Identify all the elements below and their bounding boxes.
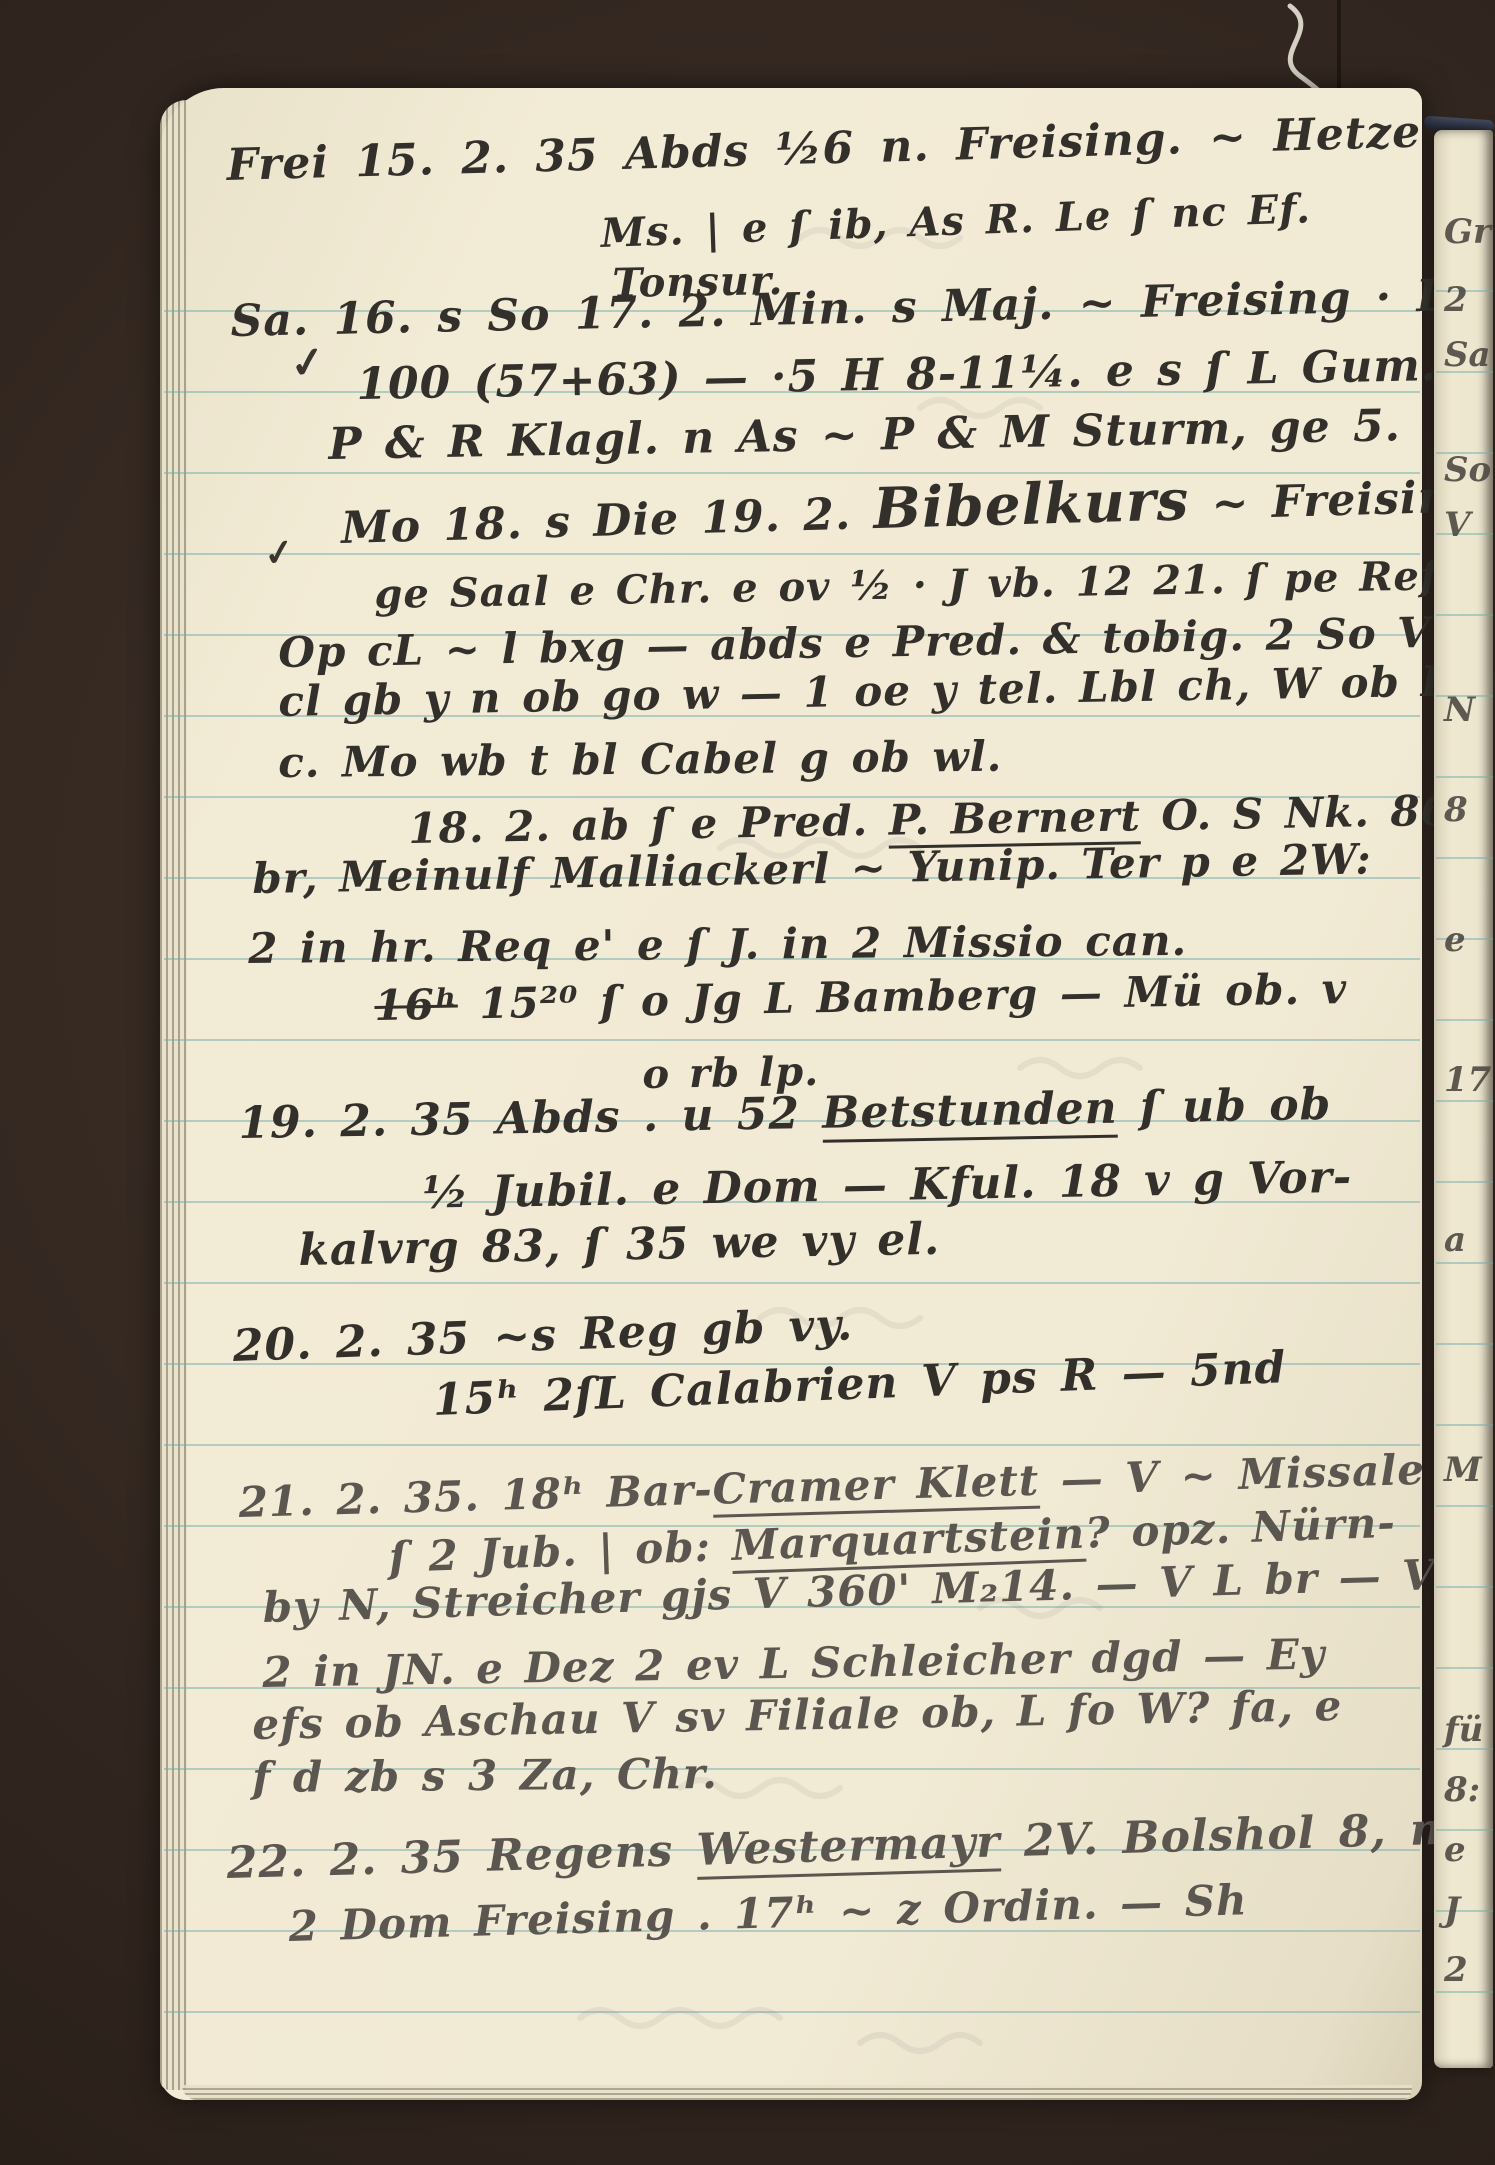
next-page-text-fragment: 8: xyxy=(1444,1770,1480,1810)
handwriting-segment: Bibelkurs xyxy=(872,467,1190,542)
handwriting-segment: 16ʰ xyxy=(374,980,458,1030)
next-page-text-fragment: a xyxy=(1444,1220,1466,1260)
handwriting-line: 19. 2. 35 Abds . u 52 Betstunden ſ ub ob xyxy=(238,1079,1332,1149)
handwriting-segment: Westermayr xyxy=(696,1816,1001,1879)
handwriting-segment: O. S Nk. 861 xyxy=(1140,785,1481,840)
handwriting-segment: Ms. | e ſ ib, As R. Le ſ nc Ef. xyxy=(600,185,1312,257)
handwriting-segment: kalvrg 83, ſ 35 we vy el. xyxy=(298,1214,941,1276)
margin-check-mark: ✓ xyxy=(261,530,297,576)
next-page-text-fragment: 2 xyxy=(1444,1950,1468,1990)
handwriting-line: 2 in hr. Req e' e ſ J. in 2 Missio can. xyxy=(248,916,1187,973)
handwriting-line: Ms. | e ſ ib, As R. Le ſ nc Ef. xyxy=(600,185,1312,257)
handwriting-line: c. Mo wb t bl Cabel g ob wl. xyxy=(278,732,1002,787)
handwriting-segment: 19. 2. 35 Abds . u 52 xyxy=(238,1088,823,1149)
margin-check-mark: ✓ xyxy=(287,336,329,389)
handwriting-segment: 100 (57+63) — ·5 H 8-11¼. e s ſ L Gum. xyxy=(356,340,1438,410)
handwriting-segment: 20. 2. 35 ~s Reg gb vy. xyxy=(232,1299,854,1372)
stacked-page-edges-bottom xyxy=(182,2085,1412,2100)
photo-of-notebook: { "document": { "kind_label": "handwritt… xyxy=(0,0,1495,2165)
handwriting-line: P & R Klagl. n As ~ P & M Sturm, ge 5. xyxy=(328,400,1401,470)
handwriting-segment: 2V. Bolshol 8, m xyxy=(1000,1804,1458,1868)
handwriting-segment: 2 Dom Freising . 17ʰ ~ z Ordin. — Sh xyxy=(288,1875,1248,1951)
handwriting-line: ge Saal e Chr. e ov ½ · J vb. 12 21. ſ p… xyxy=(374,552,1488,618)
handwriting-segment: Sa. 16. s So 17. 2. Min. s Maj. ~ Freisi… xyxy=(230,270,1475,347)
handwriting-line: 100 (57+63) — ·5 H 8-11¼. e s ſ L Gum. xyxy=(356,340,1438,410)
handwriting-line: Mo 18. s Die 19. 2. Bibelkurs ~ Freising… xyxy=(340,458,1495,557)
handwriting-segment: Mo 18. s Die 19. 2. xyxy=(340,488,874,554)
handwriting-line: 2 Dom Freising . 17ʰ ~ z Ordin. — Sh xyxy=(288,1875,1248,1951)
handwriting-line: Sa. 16. s So 17. 2. Min. s Maj. ~ Freisi… xyxy=(230,270,1475,347)
handwriting-line: 22. 2. 35 Regens Westermayr 2V. Bolshol … xyxy=(226,1804,1458,1889)
handwriting-segment: 15²⁰ ſ o Jg L Bamberg — Mü ob. v xyxy=(457,964,1347,1029)
next-page-text-fragment: So xyxy=(1444,450,1491,490)
next-page-text-fragment: Sa xyxy=(1444,335,1491,375)
handwriting-segment: — V ~ Missale xyxy=(1038,1445,1425,1505)
next-page-text-fragment: Gr xyxy=(1444,212,1491,252)
handwriting-segment: ge Saal e Chr. e ov ½ · J vb. 12 21. ſ p… xyxy=(374,552,1488,618)
next-page-text-fragment: 17 xyxy=(1444,1060,1491,1100)
next-page-sliver: Gr2SaSoVN8e17aMfü8:eJ2 xyxy=(1434,130,1493,2068)
handwriting-segment: ½ Jubil. e Dom — Kful. 18 v g Vor- xyxy=(422,1152,1353,1219)
handwriting-line: f d zb s 3 Za, Chr. xyxy=(252,1749,718,1802)
next-page-text-fragment: e xyxy=(1444,920,1466,960)
handwriting-line: 20. 2. 35 ~s Reg gb vy. xyxy=(232,1299,854,1372)
handwriting-segment: 2 in hr. Req e' e ſ J. in 2 Missio can. xyxy=(248,916,1187,973)
handwriting-segment: Betstunden xyxy=(822,1083,1118,1143)
next-page-text-fragment: J xyxy=(1444,1890,1460,1930)
next-page-text-fragment: 8 xyxy=(1444,790,1468,830)
next-page-text-fragment: fü xyxy=(1444,1710,1483,1750)
handwriting-segment: ? opz. Nürn- xyxy=(1084,1498,1396,1558)
next-page-text-fragment: e xyxy=(1444,1830,1466,1870)
stacked-page-edges-left xyxy=(160,100,187,2090)
next-page-text-fragment: N xyxy=(1444,690,1475,730)
handwriting-segment: 22. 2. 35 Regens xyxy=(226,1825,697,1889)
handwriting-line: 16ʰ 15²⁰ ſ o Jg L Bamberg — Mü ob. v xyxy=(374,964,1348,1030)
handwriting-segment: Cramer Klett xyxy=(712,1456,1040,1518)
handwriting-segment: ſ ub ob xyxy=(1117,1079,1332,1134)
handwriting-segment: f d zb s 3 Za, Chr. xyxy=(252,1749,718,1802)
next-page-text-fragment: M xyxy=(1444,1450,1482,1490)
handwriting-segment: 21. 2. 35. 18ʰ Bar- xyxy=(238,1465,713,1527)
handwriting-line: kalvrg 83, ſ 35 we vy el. xyxy=(298,1214,941,1276)
next-page-text-fragment: V xyxy=(1444,505,1470,545)
notebook-page: Frei 15. 2. 35 Abds ½6 n. Freising. ~ He… xyxy=(160,88,1422,2100)
next-page-text-fragment: 2 xyxy=(1444,280,1468,320)
handwriting-line: ½ Jubil. e Dom — Kful. 18 v g Vor- xyxy=(422,1152,1353,1219)
handwriting-segment: P & R Klagl. n As ~ P & M Sturm, ge 5. xyxy=(328,400,1401,470)
handwriting-segment: Frei 15. 2. 35 Abds ½6 n. Freising. ~ He… xyxy=(226,107,1422,191)
handwriting-line: Frei 15. 2. 35 Abds ½6 n. Freising. ~ He… xyxy=(226,107,1422,191)
handwriting-segment: c. Mo wb t bl Cabel g ob wl. xyxy=(278,732,1002,787)
